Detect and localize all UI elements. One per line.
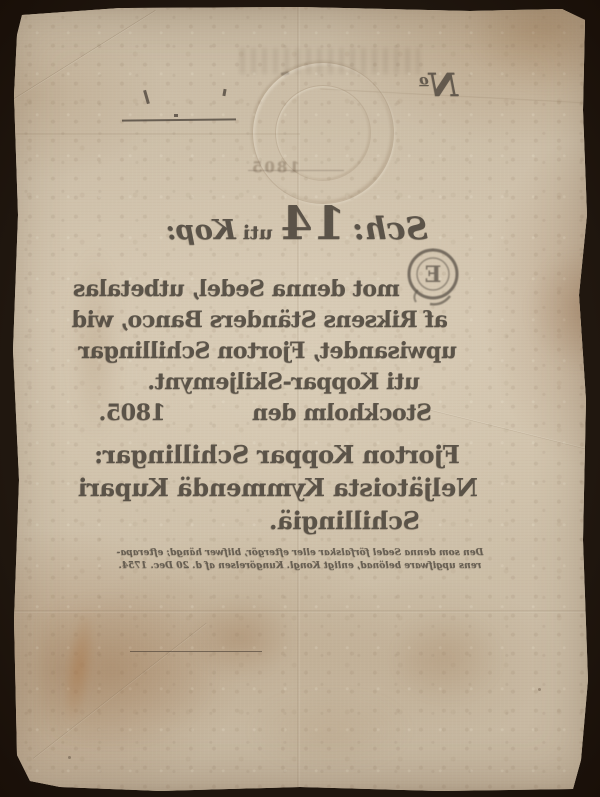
date-year: 1805. <box>99 400 166 426</box>
handwritten-mark <box>174 114 178 117</box>
ornate-initial-icon: E <box>404 246 462 308</box>
denomination-suffix: Kop: <box>166 215 236 246</box>
value-line: Fjorton Koppar Schillingar: <box>95 440 460 469</box>
denomination-middle: uti <box>243 222 273 244</box>
seal-baseline <box>248 170 344 171</box>
number-mark-ordinal: o <box>419 72 428 88</box>
body-text-line: uti Koppar-Skiljemynt. <box>148 369 420 395</box>
mirrored-print-layer: No 1805 Sch: 14 uti Kop: E <box>0 0 600 797</box>
value-line: Neljätoista Kymmendä Kupari <box>78 473 478 502</box>
denomination-prefix: Sch: <box>353 211 428 247</box>
number-mark: No <box>419 66 458 104</box>
banknote-photo: No 1805 Sch: 14 uti Kop: E <box>0 0 600 797</box>
handwritten-underline <box>122 118 236 121</box>
number-mark-letter: N <box>429 66 458 104</box>
denomination-header: Sch: 14 uti Kop: <box>166 196 428 250</box>
handwritten-mark <box>222 89 226 96</box>
fine-print-line: Den som denna Sedel förfalskar eller eft… <box>90 548 510 558</box>
body-text-line: mot denna Sedel, utbetalas <box>73 276 400 302</box>
handwritten-mark <box>143 90 150 104</box>
banknote-paper: No 1805 Sch: 14 uti Kop: E <box>0 0 600 797</box>
initial-letter: E <box>425 262 442 288</box>
embossed-year: 1805 <box>250 158 300 176</box>
body-text-line: af Riksens Ständers Banco, wid <box>72 307 448 333</box>
fine-print-line: rens upgifware belönad, enligt Kongl. Ku… <box>90 561 510 571</box>
body-text-line: upwisandet, Fjorton Schillingar <box>79 338 457 364</box>
value-line: Schillingiä. <box>269 506 420 535</box>
date-place: Stockholm den <box>252 400 432 426</box>
bleed-through-line <box>130 651 262 652</box>
denomination-value: 14 <box>280 196 346 250</box>
